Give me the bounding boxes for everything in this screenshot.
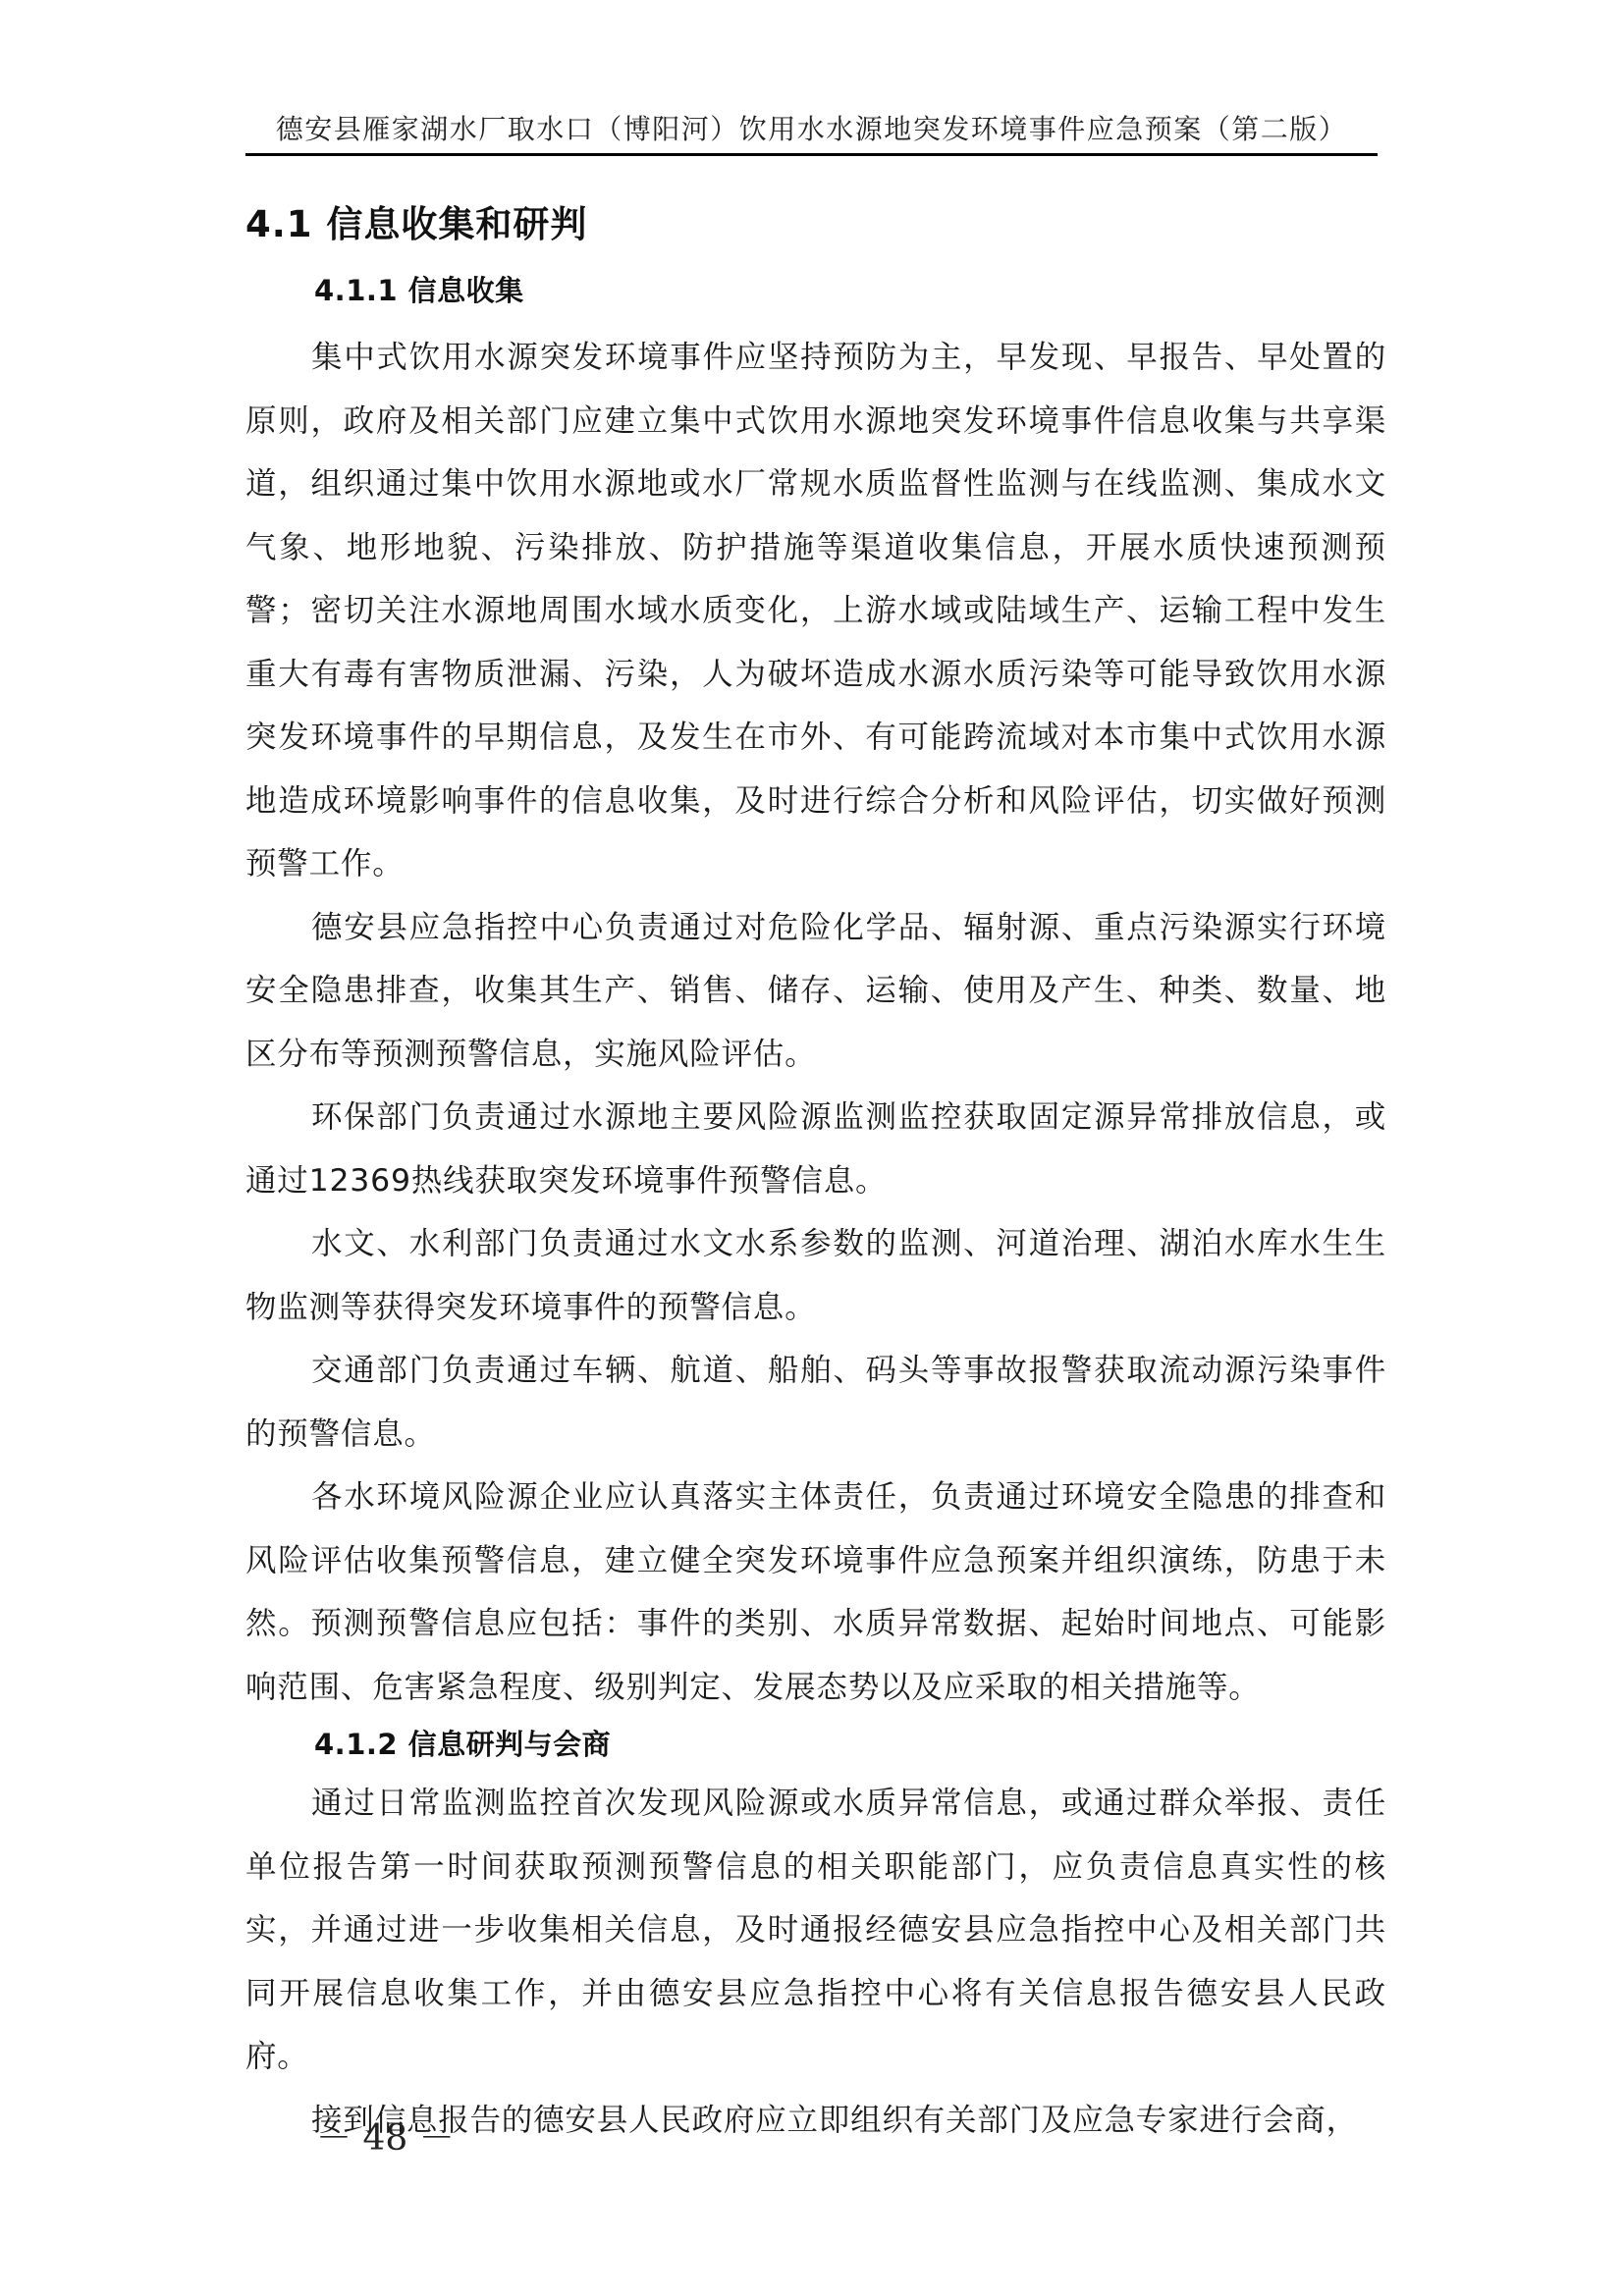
paragraph: 德安县应急指控中心负责通过对危险化学品、辐射源、重点污染源实行环境安全隐患排查，…	[245, 896, 1386, 1087]
paragraph: 集中式饮用水源突发环境事件应坚持预防为主，早发现、早报告、早处置的原则，政府及相…	[245, 326, 1386, 896]
section-heading: 4.1 信息收集和研判	[245, 196, 1386, 253]
paragraph: 通过日常监测监控首次发现风险源或水质异常信息，或通过群众举报、责任单位报告第一时…	[245, 1772, 1386, 2089]
page-header: 德安县雁家湖水厂取水口（博阳河）饮用水水源地突发环境事件应急预案（第二版）	[245, 110, 1378, 156]
subsection-heading-info-collection: 4.1.1 信息收集	[314, 267, 1386, 314]
paragraph: 水文、水利部门负责通过水文水系参数的监测、河道治理、湖泊水库水生生物监测等获得突…	[245, 1212, 1386, 1339]
page-number: － 48 －	[316, 2114, 455, 2163]
paragraph: 交通部门负责通过车辆、航道、船舶、码头等事故报警获取流动源污染事件的预警信息。	[245, 1339, 1386, 1466]
page-content: 4.1 信息收集和研判 4.1.1 信息收集 集中式饮用水源突发环境事件应坚持预…	[245, 196, 1386, 2152]
document-title: 德安县雁家湖水厂取水口（博阳河）饮用水水源地突发环境事件应急预案（第二版）	[245, 110, 1378, 149]
paragraph: 各水环境风险源企业应认真落实主体责任，负责通过环境安全隐患的排查和风险评估收集预…	[245, 1466, 1386, 1719]
subsection-heading-info-analysis: 4.1.2 信息研判与会商	[314, 1721, 1386, 1768]
paragraph: 环保部门负责通过水源地主要风险源监测监控获取固定源异常排放信息，或通过12369…	[245, 1086, 1386, 1212]
